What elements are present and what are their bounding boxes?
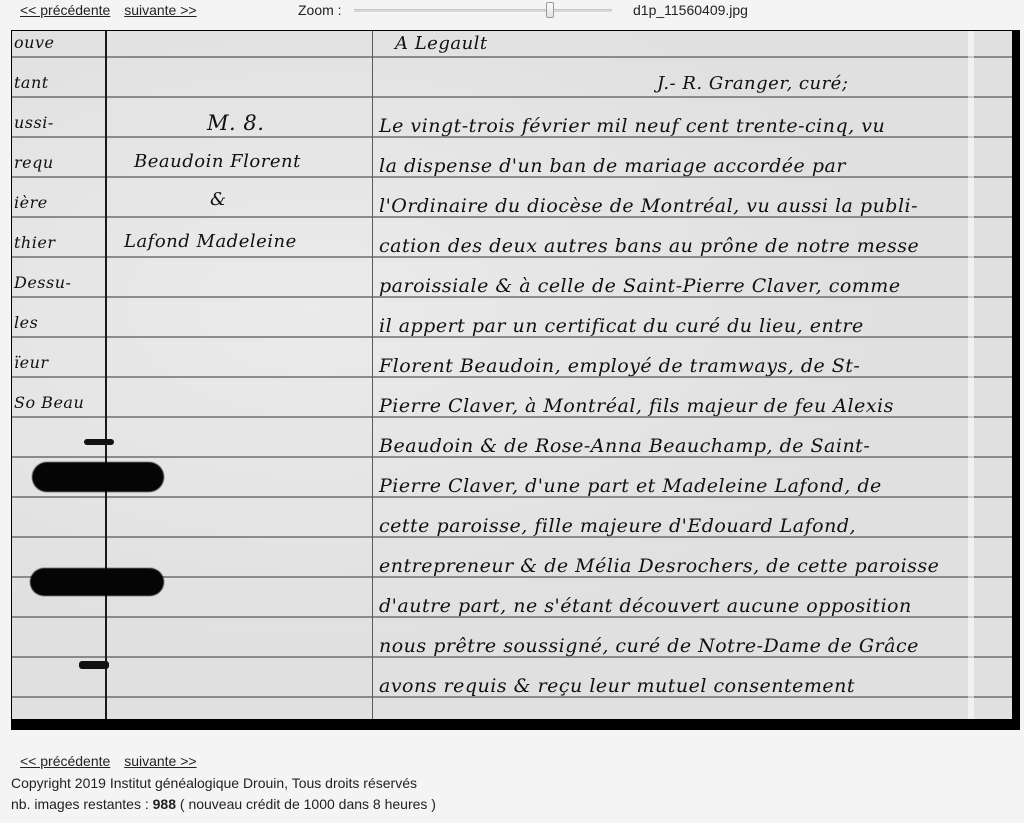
record-text-line: nous prêtre soussigné, curé de Notre-Dam… xyxy=(379,635,919,657)
record-text-line: Beaudoin & de Rose-Anna Beauchamp, de Sa… xyxy=(379,435,870,457)
binding-blot xyxy=(32,462,164,492)
zoom-slider-handle[interactable] xyxy=(546,2,554,18)
image-filename: d1p_11560409.jpg xyxy=(633,2,748,18)
groom-name: Beaudoin Florent xyxy=(134,151,301,172)
record-text-line: cette paroisse, fille majeure d'Edouard … xyxy=(379,515,856,537)
ruled-line xyxy=(12,56,1012,58)
left-column-fragment: Dessu- xyxy=(14,273,71,292)
record-text-line: avons requis & reçu leur mutuel consente… xyxy=(379,675,855,697)
left-column-fragment: tant xyxy=(14,73,49,92)
scanned-register-page: ouvetantussi-requièrethierDessu-lesïeurS… xyxy=(12,31,1012,719)
record-text-line: entrepreneur & de Mélia Desrochers, de c… xyxy=(379,555,939,577)
left-column-fragment: ouve xyxy=(14,33,54,52)
top-toolbar: << précédente suivante >> Zoom : d1p_115… xyxy=(0,0,1024,24)
record-text-line: la dispense d'un ban de mariage accordée… xyxy=(379,155,846,177)
left-column-fragment: ière xyxy=(14,193,48,212)
copyright-notice: Copyright 2019 Institut généalogique Dro… xyxy=(11,775,417,791)
left-column-fragment: So Beau xyxy=(14,393,84,412)
zoom-slider-track[interactable] xyxy=(354,9,612,12)
entry-number: M. 8. xyxy=(207,111,264,135)
record-text-line: cation des deux autres bans au prône de … xyxy=(379,235,919,257)
record-text-line: il appert par un certificat du curé du l… xyxy=(379,315,864,337)
left-column-fragment: requ xyxy=(14,153,54,172)
record-text-line: paroissiale & à celle de Saint-Pierre Cl… xyxy=(379,275,901,297)
top-pagination: << précédente suivante >> xyxy=(20,2,207,18)
zoom-label: Zoom : xyxy=(298,2,342,18)
left-column-fragment: ussi- xyxy=(14,113,54,132)
previous-image-link[interactable]: << précédente xyxy=(20,2,110,18)
record-text-line: Le vingt-trois février mil neuf cent tre… xyxy=(379,115,885,137)
credits-prefix: nb. images restantes : xyxy=(11,796,153,812)
left-column-fragment: les xyxy=(14,313,38,332)
binding-blot xyxy=(30,568,164,596)
record-text-line: Florent Beaudoin, employé de tramways, d… xyxy=(379,355,860,377)
ruled-line xyxy=(12,96,1012,98)
left-column-fragment: thier xyxy=(14,233,55,252)
left-margin-rule xyxy=(105,31,107,719)
signature-granger: J.- R. Granger, curé; xyxy=(657,73,848,94)
previous-image-link-bottom[interactable]: << précédente xyxy=(20,753,110,769)
left-column-fragment: ïeur xyxy=(14,353,49,372)
record-text-line: l'Ordinaire du diocèse de Montréal, vu a… xyxy=(379,195,918,217)
record-text-line: Pierre Claver, d'une part et Madeleine L… xyxy=(379,475,882,497)
binding-clip xyxy=(84,439,114,445)
binding-clip xyxy=(79,661,109,669)
record-text-line: d'autre part, ne s'étant découvert aucun… xyxy=(379,595,912,617)
next-image-link-bottom[interactable]: suivante >> xyxy=(124,753,196,769)
entry-margin-rule xyxy=(372,31,373,719)
bottom-pagination: << précédente suivante >> xyxy=(20,753,207,769)
scan-streak xyxy=(968,31,974,719)
name-connector: & xyxy=(210,189,227,210)
bride-name: Lafond Madeleine xyxy=(124,231,297,252)
next-image-link[interactable]: suivante >> xyxy=(124,2,196,18)
credits-suffix: ( nouveau crédit de 1000 dans 8 heures ) xyxy=(176,796,436,812)
document-image-viewer[interactable]: ouvetantussi-requièrethierDessu-lesïeurS… xyxy=(11,30,1020,730)
credits-status: nb. images restantes : 988 ( nouveau cré… xyxy=(11,796,436,812)
record-text-line: Pierre Claver, à Montréal, fils majeur d… xyxy=(379,395,894,417)
images-remaining-count: 988 xyxy=(153,796,176,812)
signature-legault: A Legault xyxy=(395,33,488,54)
